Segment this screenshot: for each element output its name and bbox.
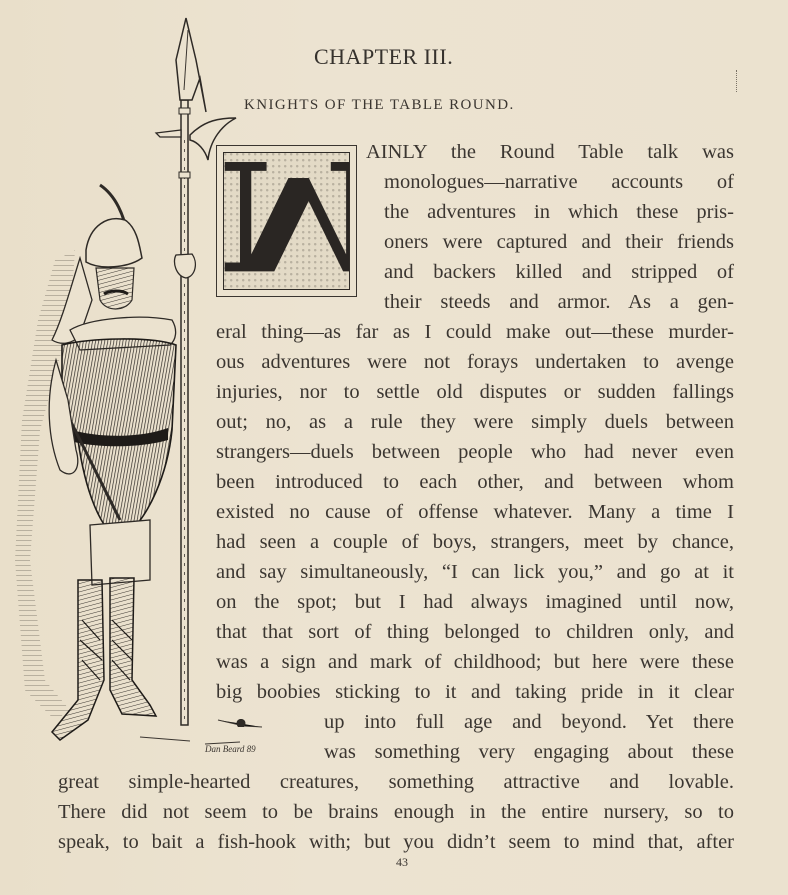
drop-cap-initial: M [216,145,357,297]
drop-cap-letter: M [223,152,350,289]
text-line: that that sort of thing belonged to chil… [216,617,734,647]
text-line: and backers killed and stripped of [384,257,734,287]
text-line: out; no, as a rule they were simply duel… [216,407,734,437]
text-line: on the spot; but I had always imagined u… [216,587,734,617]
text-line: their steeds and armor. As a gen- [384,287,734,317]
book-page: Dan Beard 89 CHAPTER III. KNIGHTS OF THE… [0,0,788,895]
text-line: was a sign and mark of childhood; but he… [216,647,734,677]
text-line: existed no cause of offense whatever. Ma… [216,497,734,527]
text-line: ous adventures were not forays undertake… [216,347,734,377]
page-number: 43 [396,855,408,870]
illustrator-signature: Dan Beard 89 [204,744,256,754]
text-line: had seen a couple of boys, strangers, me… [216,527,734,557]
text-line: speak, to bait a fish-hook with; but you… [58,827,734,857]
text-line: big boobies sticking to it and taking pr… [216,677,734,707]
text-line: eral thing—as far as I could make out—th… [216,317,734,347]
drop-cap-ornament: M [223,152,350,290]
text-line: was something very engaging about these [324,737,734,767]
text-line: strangers—duels between people who had n… [216,437,734,467]
text-line: AINLY the Round Table talk was [366,137,734,167]
text-line: the adventures in which these pris- [384,197,734,227]
text-line: been introduced to each other, and betwe… [216,467,734,497]
margin-mark [736,70,738,92]
text-line: up into full age and beyond. Yet there [324,707,734,737]
chapter-subtitle: KNIGHTS OF THE TABLE ROUND. [244,97,515,114]
text-line: injuries, nor to settle old disputes or … [216,377,734,407]
text-line: oners were captured and their friends [384,227,734,257]
text-line: and say simultaneously, “I can lick you,… [216,557,734,587]
text-line: monologues—narrative accounts of [384,167,734,197]
text-line: There did not seem to be brains enough i… [58,797,734,827]
chapter-title: CHAPTER III. [314,44,453,70]
text-line: great simple-hearted creatures, somethin… [58,767,734,797]
